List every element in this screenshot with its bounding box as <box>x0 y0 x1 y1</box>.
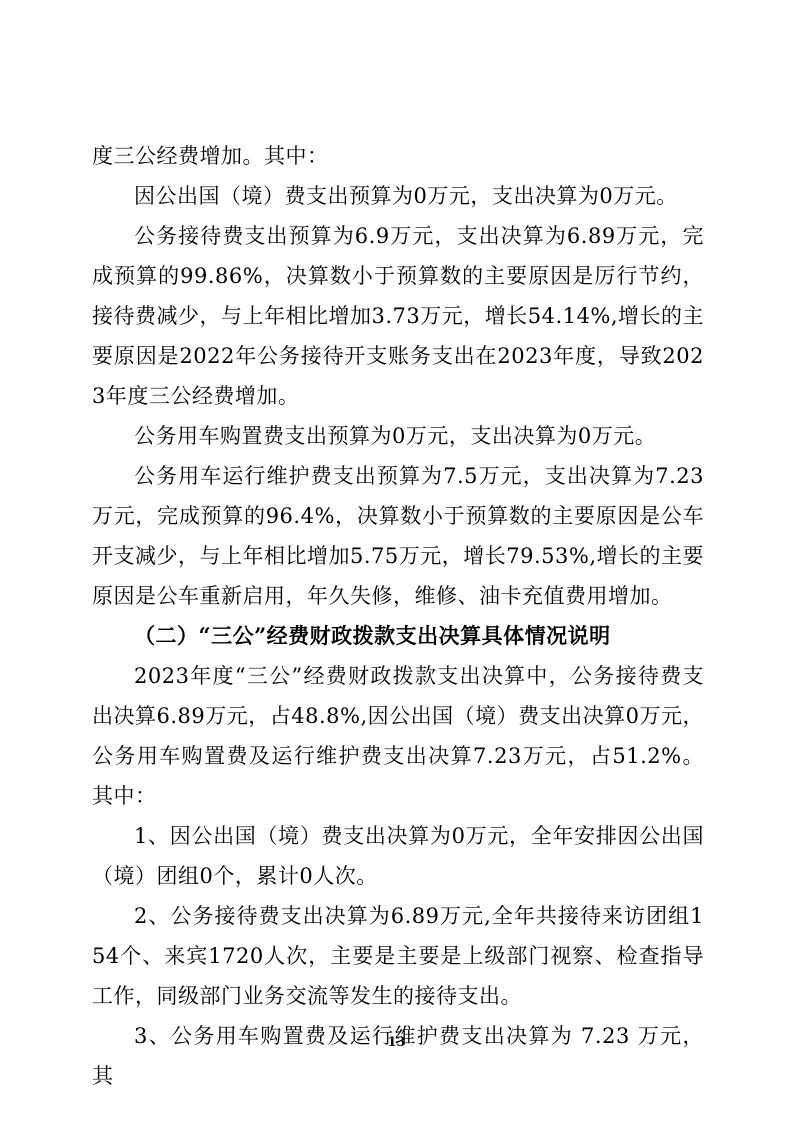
paragraph: 公务用车购置费支出预算为0万元，支出决算为0万元。 <box>92 416 704 456</box>
paragraph-continuation: 度三公经费增加。其中： <box>92 136 704 176</box>
paragraph: 2023年度“三公”经费财政拨款支出决算中，公务接待费支出决算6.89万元，占4… <box>92 656 704 816</box>
paragraph: 公务接待费支出预算为6.9万元，支出决算为6.89万元，完成预算的99.86%，… <box>92 216 704 416</box>
document-page: 度三公经费增加。其中： 因公出国（境）费支出预算为0万元，支出决算为0万元。 公… <box>0 0 793 1122</box>
page-number: 13 <box>0 1035 793 1050</box>
paragraph: 3、公务用车购置费及运行维护费支出决算为 7.23 万元，其 <box>92 1016 704 1096</box>
paragraph: 因公出国（境）费支出预算为0万元，支出决算为0万元。 <box>92 176 704 216</box>
paragraph: 1、因公出国（境）费支出决算为0万元，全年安排因公出国（境）团组0个，累计0人次… <box>92 816 704 896</box>
paragraph: 公务用车运行维护费支出预算为7.5万元，支出决算为7.23万元，完成预算的96.… <box>92 456 704 616</box>
document-body: 度三公经费增加。其中： 因公出国（境）费支出预算为0万元，支出决算为0万元。 公… <box>92 136 704 1096</box>
paragraph: 2、公务接待费支出决算为6.89万元,全年共接待来访团组154个、来宾1720人… <box>92 896 704 1016</box>
section-heading: （二）“三公”经费财政拨款支出决算具体情况说明 <box>92 616 704 656</box>
